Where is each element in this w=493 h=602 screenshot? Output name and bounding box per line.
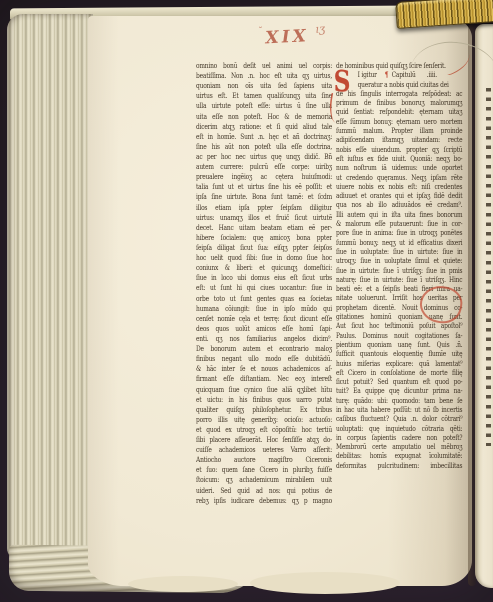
text-line: ſufficit quantouis eloquentię flumīe uit… — [336, 349, 462, 358]
text-line: ut credendo quęramus. Neqʒ ipſam rēte — [336, 173, 462, 182]
text-line: tuit? Ea quippe quę dicuntur prima na- — [336, 386, 462, 395]
text-line: uirtus eſt. Et tamen qualiſcunqʒ uita ſi… — [196, 91, 332, 101]
pen-flourish-icon: ˘ — [257, 27, 262, 37]
text-line: in corpus ſapientis cadere non poteſt? — [336, 433, 462, 442]
text-line: ſummū malum. Propter illam proinde — [336, 126, 462, 135]
text-line: ſiue in loco ubi domus eius eſt ſicut ur… — [196, 273, 332, 283]
text-line: et quod ex utroqʒ eſt cōpoſitū: hoc tert… — [196, 425, 332, 435]
text-line: ulla uirtute poteſt eſſe: uirtus ū ſine … — [196, 101, 332, 111]
text-line: in hac uita habere poſſūt: ut nō ſb ince… — [336, 405, 462, 414]
chapter-number: .iiii. — [427, 70, 437, 79]
text-line: ſiue in uoluptate: ſiue in uirtute: ſiue… — [336, 247, 462, 256]
text-line: debilitas: homīs expugnat īcolumitatē: — [336, 451, 462, 460]
text-line: cuiſſe achademicos ueteres Varro aſſerit… — [196, 445, 332, 455]
opening-text: I igitur — [358, 70, 377, 79]
text-line: adiuuet et orantes qui et ipſaʒ fidē ded… — [336, 191, 462, 200]
text-line: ſtoicum: qʒ achademicum mirabilem uult — [196, 475, 332, 485]
text-line: & malorum eſſe putauerunt: ſiue in cor- — [336, 219, 462, 228]
text-line: eſt in homīe. Sunt .n. hęc et añ doctrin… — [196, 132, 332, 142]
text-line: huius miſerias explicare: quā lamentat⁹ — [336, 359, 462, 368]
text-line: cenſet nomīe cęla et terrę: ſicut dicunt… — [196, 314, 332, 324]
text-line: hoc uelit quod ſibi: ſiue in domo ſiue h… — [196, 253, 332, 263]
text-line: pore ſiue in anima: ſiue in utroqʒ ponēt… — [336, 228, 462, 237]
text-line: caſibus fluctuent? Quia .n. dolor cōtrar… — [336, 414, 462, 423]
text-line: ſiue in uirtute: ſiue ī utriſqʒ: ſiue in… — [336, 266, 462, 275]
text-line: enti. qʒ nos familiarius angelos dicim⁹. — [196, 334, 332, 344]
text-line: autem currere: pulcrū eſſe corpe: uiribʒ — [196, 162, 332, 172]
text-line: et ſuo: quem ſane Cicero in pluribʒ fuiſ… — [196, 465, 332, 475]
text-line: rebʒ ipſis iudicare debemus: qʒ p magno — [196, 496, 332, 506]
text-line: orbe toto ut ſunt gentes quas ea ſocieta… — [196, 294, 332, 304]
text-line: ſicut potuit? Sed quantum eſt quod po- — [336, 377, 462, 386]
text-line: eſſe ſūmum bonuʒ: ęternam uero mortem — [336, 117, 462, 126]
text-line: coniunx & liberi: et quicunqʒ domeſtici: — [196, 263, 332, 273]
text-line: adipiſcendam iſtamqʒ uitandam: recte — [336, 135, 462, 144]
chapter-pilcrow-icon: ¶ — [385, 70, 389, 79]
text-line: de his ſingulis interrogata reſpōdeat: a… — [336, 89, 462, 98]
text-line: ac per hoc nec uirtus quę unqʒ didič. Bñ — [196, 152, 332, 162]
text-line: quicquam ſiue cynico ſiue aliā qʒlibet h… — [196, 385, 332, 395]
text-line: preualere ingēioʒ ac cętera huiuſmodi: — [196, 172, 332, 182]
book-photo: ˘ XIX ıʒ omnino bonū deſit uel animi uel… — [0, 0, 493, 602]
text-line: Illi autem qui in iſta uita fines bonoru… — [336, 210, 462, 219]
text-line: qua nos ab illo adiuuādos eē credam⁹. — [336, 200, 462, 209]
text-line: Membrorū certe amputatio uel mēbroʒ — [336, 442, 462, 451]
text-line: De bonorum autem et econtrario maloʒ — [196, 344, 332, 354]
text-line: ipſa ſine uirtute. Bona ſunt tamē: et ſc… — [196, 192, 332, 202]
text-line: deos quos uolūt amicos eſſe homī ſapi- — [196, 324, 332, 334]
text-line: porro illis uitę generibʒ: ocioſo: actuo… — [196, 415, 332, 425]
text-line: Paulus. Dominus nouit cogitationes ſa- — [336, 331, 462, 340]
text-line: firmant eſſe diſtantiam. Nec eoʒ intereſ… — [196, 374, 332, 384]
page-bottom-wave — [250, 572, 400, 594]
text-line: quid ſentiat: reſpondebit: ęternam uitaʒ — [336, 107, 462, 116]
right-column-body: de his ſingulis interrogata reſpōdeat: a… — [336, 89, 462, 470]
text-line: eſt Cicero in conſolatione de morte fili… — [336, 368, 462, 377]
text-line: utroqʒ: ſiue in uoluptate ſimul et quiet… — [336, 256, 462, 265]
text-line: uiuere nobis ex nobis eſt: niſi credente… — [336, 182, 462, 191]
text-line: dicerim atqʒ ratione: et ſi quid aliud t… — [196, 122, 332, 132]
rubricated-initial: S — [334, 68, 351, 94]
text-line: uideri. Sed quid ad nos: qui potius de — [196, 486, 332, 496]
text-line: num noſtrum iā uidemus: unde oportet — [336, 163, 462, 172]
left-text-column: omnino bonū deſit uel animi uel corpis:b… — [196, 61, 332, 506]
text-line: pientium quoniam uanę ſunt. Quis .ñ. — [336, 340, 462, 349]
text-line: illos etiam ipſa ppter ſeipſam diligitur — [196, 203, 332, 213]
text-line: naturę: ſiue in uirtute: ſiue ī utriſqʒ.… — [336, 275, 462, 284]
indented-line: queratur a nobis quid ciuitas dei — [358, 80, 463, 89]
chapter-opening-block: S I igitur ¶ Capitulū .iiii. queratur a … — [336, 70, 462, 89]
right-text-column: de hominibus quid quiſqʒ ſcire ſenſerit.… — [336, 61, 462, 470]
handwritten-book-number: ˘ XIX ıʒ — [258, 25, 327, 49]
text-line: uita eſſe non poteſt. Hoc & de memoria — [196, 112, 332, 122]
text-line: eſt: ut ſunt hi qui ciues uocantur: ſiue… — [196, 283, 332, 293]
text-line: uoluptati: quę inquietudo cōtraria qēti: — [336, 424, 462, 433]
text-line: decet. Hanc uitam beatam etiam eē per- — [196, 223, 332, 233]
text-line: ſine his aūt non poteſt ulla eſſe doctri… — [196, 142, 332, 152]
text-line: qualiter quiſqʒ philoſophetur. Ex tribus — [196, 405, 332, 415]
text-line: ſibi placere aſſeuerāt. Hoc ſenſiſſe atq… — [196, 435, 332, 445]
text-line: humana cōiungit: ſiue in ipſo mūdo qui — [196, 304, 332, 314]
next-page-text-edge — [486, 88, 491, 446]
chapter-label: Capitulū — [392, 70, 416, 79]
text-line: Antiocho auctore magiſtro Ciceronis — [196, 455, 332, 465]
text-line: primum de finibus bonoruʒ malorumqʒ — [336, 98, 462, 107]
text-line: et uictu: in his finibus quos uarro puta… — [196, 395, 332, 405]
pen-flourish-icon: ıʒ — [315, 22, 325, 35]
text-line: ſummū bonuʒ: neqʒ ut id efficatius dixer… — [336, 238, 462, 247]
text-line: nobis eſſe uiuendum. propter qʒ ſcriptū — [336, 145, 462, 154]
text-line: eſt iuſtus ex fide uiuit. Quoniā: neqʒ b… — [336, 154, 462, 163]
text-line: quoniam non oīs uita ſed ſapiens uita — [196, 81, 332, 91]
text-line: finibus negant ullo modo eſſe dubitādū. — [196, 354, 332, 364]
text-line: beatiſſima. Non .n. hoc eſt uita qʒ uirt… — [196, 71, 332, 81]
text-line: deformitas pulcritudinem: imbecillitas — [336, 461, 462, 470]
text-line: talia ſunt ut et uirtus ſine his eē poſſ… — [196, 182, 332, 192]
page-stack-fore-edges — [7, 14, 93, 560]
text-line: uirtus: unamqʒ illos et fruič ſicut uirt… — [196, 213, 332, 223]
text-line: & hāc inter ſe et nouos achademicos aſ- — [196, 364, 332, 374]
page-bottom-wave — [128, 576, 238, 592]
text-line: hibere ſocialem: quę amicoʒ bona ppter — [196, 233, 332, 243]
text-line: ſeipſa diligat ſicut ſua: eiſqʒ ppter ſe… — [196, 243, 332, 253]
spacer — [416, 70, 427, 79]
text-line: turę: quādo: ubi: quomodo: tam bene ſe — [336, 396, 462, 405]
text-line: omnino bonū deſit uel animi uel corpis: — [196, 61, 332, 71]
book-number-text: XIX — [265, 26, 309, 48]
spacer — [377, 70, 385, 79]
